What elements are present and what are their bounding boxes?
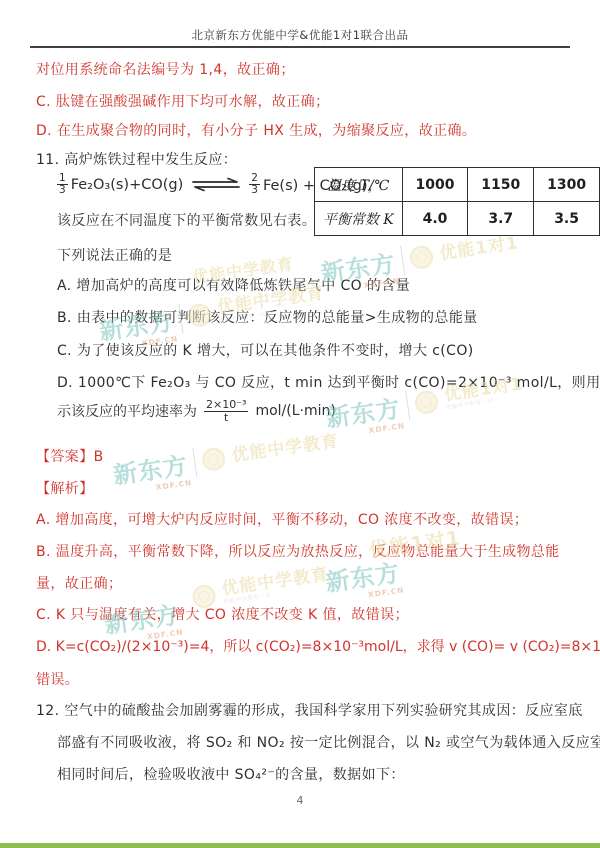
table-cell: 1300: [534, 168, 600, 202]
q11-stem-2: 该反应在不同温度下的平衡常数见右表。: [57, 211, 316, 231]
watermark: 优能中学教育优能中学教育一对一: [191, 567, 331, 610]
document-page: 北京新东方优能中学&优能1对1联合出品 对位用系统命名法编号为 1,4，故正确；…: [0, 0, 600, 848]
rate-prefix: 示该反应的平均速率为: [57, 401, 197, 421]
q11-option-d-continuation: 示该反应的平均速率为 2×10⁻³t mol/(L·min): [57, 399, 336, 423]
equilibrium-constant-table: 温度 T/℃ 1000 1150 1300 平衡常数 K 4.0 3.7 3.5: [314, 167, 600, 236]
table-header-constant: 平衡常数 K: [315, 202, 403, 236]
rate-suffix: mol/(L·min): [255, 403, 335, 419]
table-header-temperature: 温度 T/℃: [315, 168, 403, 202]
watermark-badge-icon: [201, 446, 227, 472]
watermark-divider: [405, 390, 410, 420]
prev-answer-line-1: 对位用系统命名法编号为 1,4，故正确；: [36, 60, 295, 80]
analysis-line-a: A. 增加高度，可增大炉内反应时间，平衡不移动，CO 浓度不改变，故错误；: [36, 510, 528, 530]
equation-lhs: Fe₂O₃(s)+CO(g): [71, 177, 184, 193]
q11-analysis-label: 【解析】: [36, 479, 94, 499]
q11-stem-3: 下列说法正确的是: [57, 246, 172, 266]
q11-stem: 11. 高炉炼铁过程中发生反应：: [36, 150, 237, 170]
q12-line-2: 部盛有不同吸收液，将 SO₂ 和 NO₂ 按一定比例混合，以 N₂ 或空气为载体…: [57, 733, 600, 753]
page-number: 4: [0, 794, 600, 807]
q12-line-3: 相同时间后，检验吸收液中 SO₄²⁻的含量，数据如下：: [57, 765, 405, 785]
answer-value: B: [94, 449, 104, 465]
rate-fraction: 2×10⁻³t: [204, 399, 248, 423]
table-cell: 3.5: [534, 202, 600, 236]
watermark-badge-text: 优能中学教育: [231, 433, 340, 465]
table-cell: 4.0: [402, 202, 468, 236]
equilibrium-arrows-icon: [190, 177, 242, 192]
watermark-badge-icon: [408, 244, 434, 270]
answer-label: 【答案】: [36, 449, 94, 465]
header-divider: [30, 46, 570, 48]
watermark-badge-text: 优能中学教育: [221, 567, 330, 599]
watermark-divider: [400, 245, 405, 275]
table-cell: 1150: [468, 168, 534, 202]
q11-option-c: C. 为了使该反应的 K 增大，可以在其他条件不变时，增大 c(CO): [57, 341, 474, 361]
q11-option-d: D. 1000℃下 Fe₂O₃ 与 CO 反应，t min 达到平衡时 c(CO…: [57, 373, 600, 393]
analysis-line-d2: 错误。: [36, 670, 79, 690]
q11-option-a: A. 增加高炉的高度可以有效降低炼铁尾气中 CO 的含量: [57, 276, 410, 296]
watermark-divider: [192, 447, 197, 477]
watermark: 新东方XDF.CN 优能中学教育: [111, 424, 342, 490]
table-cell: 3.7: [468, 202, 534, 236]
analysis-line-b2: 量，故正确；: [36, 574, 122, 594]
prev-answer-line-c: C. 肽键在强酸强碱作用下均可水解，故正确；: [36, 92, 329, 112]
analysis-line-c: C. K 只与温度有关，增大 CO 浓度不改变 K 值，故错误；: [36, 605, 409, 625]
q12-line-1: 12. 空气中的硫酸盐会加剧雾霾的形成，我国科学家用下列实验研究其成因：反应室底: [36, 701, 583, 721]
watermark-badge-text: 优能1对1: [439, 235, 520, 263]
equation-fraction-1: 13: [57, 173, 68, 196]
footer-green-bar: [0, 843, 600, 848]
table-cell: 1000: [402, 168, 468, 202]
q11-option-b: B. 由表中的数据可判断该反应：反应物的总能量>生成物的总能量: [57, 308, 478, 328]
analysis-line-d1: D. K=c(CO₂)/(2×10⁻³)=4，所以 c(CO₂)=8×10⁻³m…: [36, 637, 600, 657]
table-row-temperature: 温度 T/℃ 1000 1150 1300: [315, 168, 600, 202]
prev-answer-line-d: D. 在生成聚合物的同时，有小分子 HX 生成，为缩聚反应，故正确。: [36, 121, 476, 141]
table-row-constant: 平衡常数 K 4.0 3.7 3.5: [315, 202, 600, 236]
page-header-title: 北京新东方优能中学&优能1对1联合出品: [30, 27, 570, 43]
xdf-logo: 新东方XDF.CN: [111, 446, 190, 491]
q11-answer-line: 【答案】B: [36, 447, 104, 467]
analysis-line-b1: B. 温度升高，平衡常数下降，所以反应为放热反应，反应物总能量大于生成物总能: [36, 542, 560, 562]
equation-fraction-2: 23: [249, 173, 260, 196]
watermark-badge-icon: [413, 389, 439, 415]
